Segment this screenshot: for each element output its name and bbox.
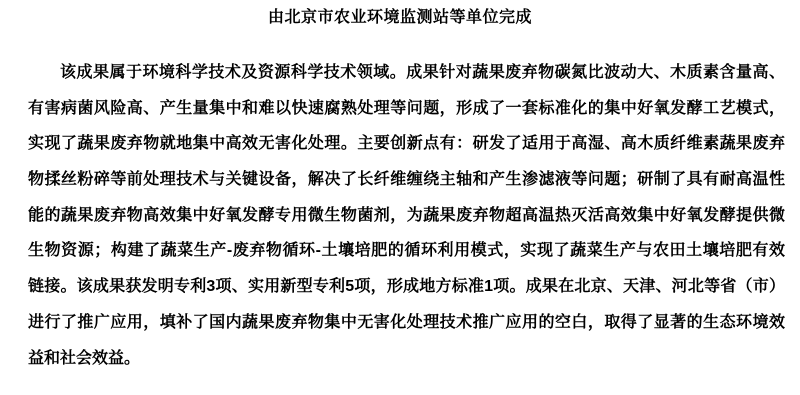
document-paragraph: 该成果属于环境科学技术及资源科学技术领域。成果针对蔬果废弃物碳氮比波动大、木质素… <box>28 55 785 376</box>
paragraph-line-1: 该成果属于环境科学技术及资源科学技术领域。成果针对蔬果废弃物碳氮比波动大、木质素… <box>28 55 785 91</box>
document-page: 由北京市农业环境监测站等单位完成 该成果属于环境科学技术及资源科学技术领域。成果… <box>0 0 800 395</box>
paragraph-line-8: 进行了推广应用，填补了国内蔬果废弃物集中无害化处理技术推广应用的空白，取得了显著… <box>28 305 785 341</box>
paragraph-line-7: 链接。该成果获发明专利3项、实用新型专利5项，形成地方标准1项。成果在北京、天津… <box>28 269 785 305</box>
paragraph-line-3: 实现了蔬果废弃物就地集中高效无害化处理。主要创新点有：研发了适用于高湿、高木质纤… <box>28 126 785 162</box>
paragraph-line-6: 生物资源；构建了蔬菜生产-废弃物循环-土壤培肥的循环利用模式，实现了蔬菜生产与农… <box>28 233 785 269</box>
paragraph-line-5: 能的蔬果废弃物高效集中好氧发酵专用微生物菌剂，为蔬果废弃物超高温热灭活高效集中好… <box>28 198 785 234</box>
document-title: 由北京市农业环境监测站等单位完成 <box>0 0 800 28</box>
paragraph-line-4: 物揉丝粉碎等前处理技术与关键设备，解决了长纤维缠绕主轴和产生渗滤液等问题；研制了… <box>28 162 785 198</box>
paragraph-line-9: 益和社会效益。 <box>28 341 785 377</box>
paragraph-line-2: 有害病菌风险高、产生量集中和难以快速腐熟处理等问题，形成了一套标准化的集中好氧发… <box>28 91 785 127</box>
